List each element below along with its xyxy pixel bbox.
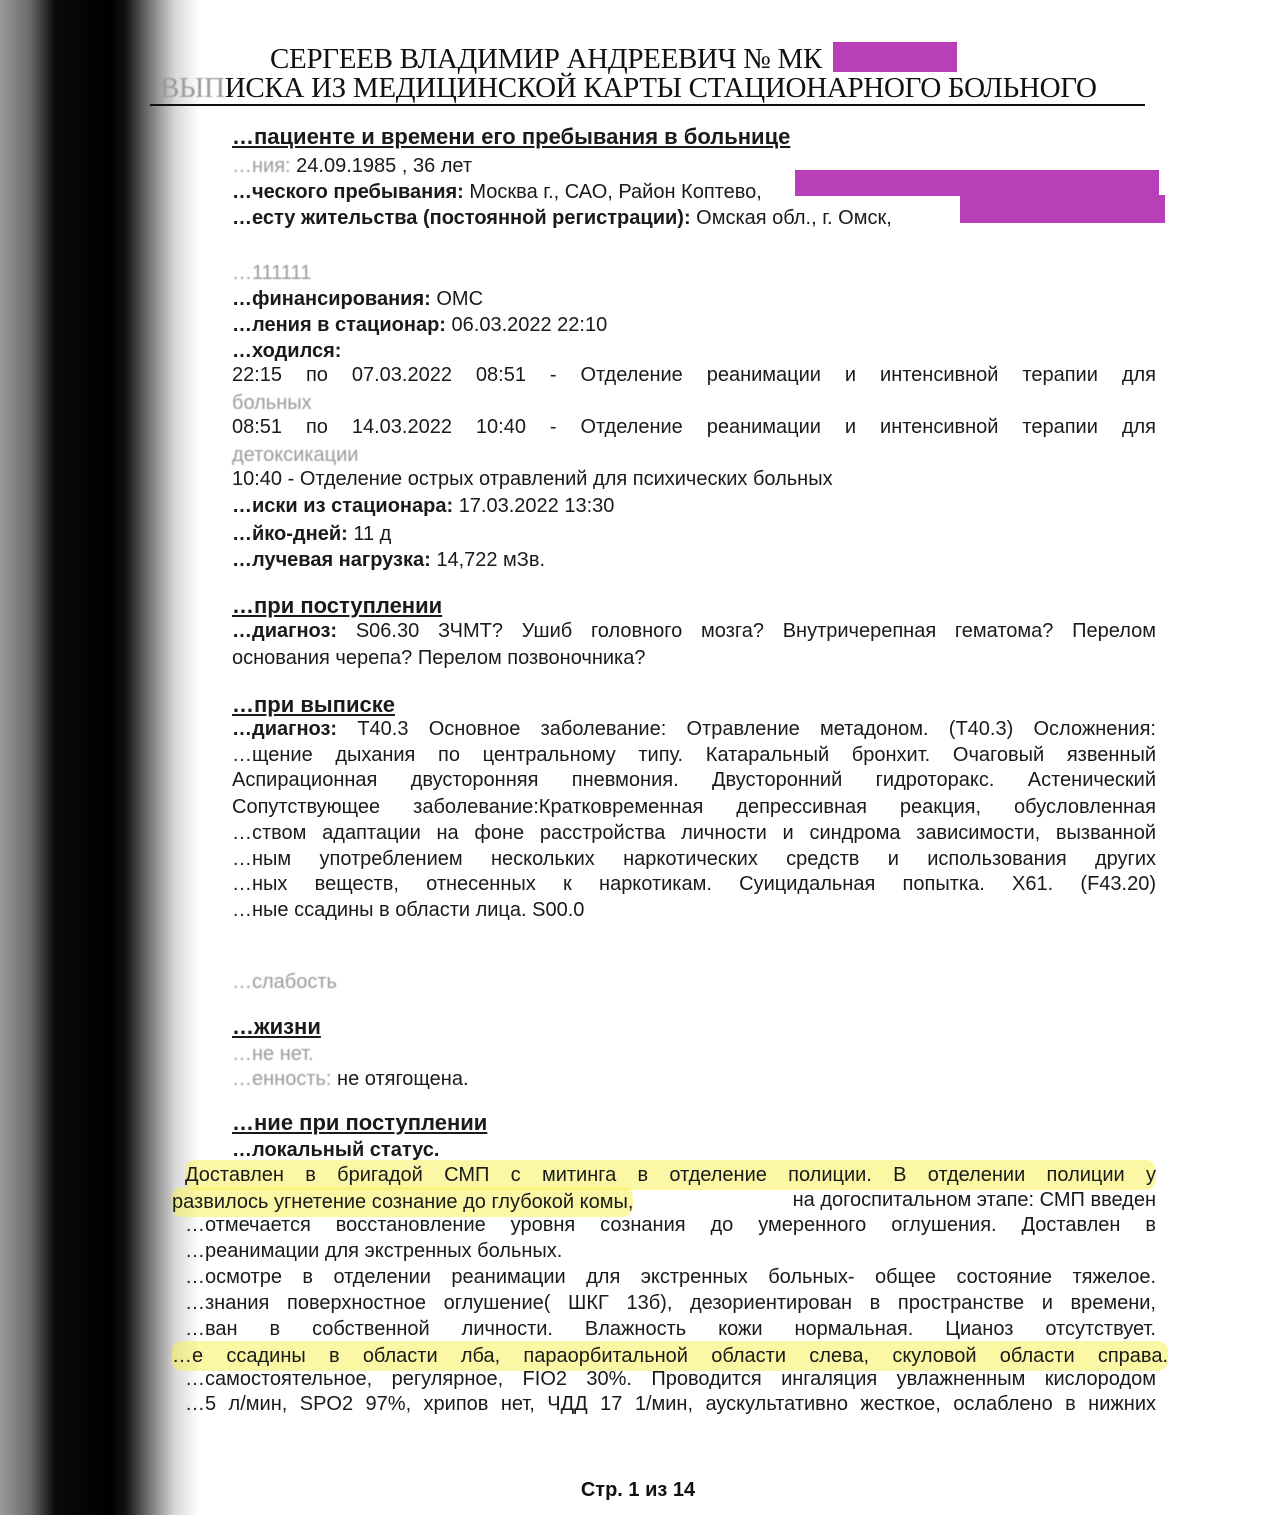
- stayed-label: …ходился:: [232, 338, 1238, 364]
- discharge-value: 17.03.2022 13:30: [459, 495, 615, 517]
- heredity-label: …енность:: [232, 1068, 331, 1090]
- stay-2-line-2: детоксикации: [232, 442, 1238, 468]
- section-heading-anamnesis: …жизни: [232, 1014, 1238, 1040]
- section-heading-diagnosis-admission: …при поступлении: [232, 593, 1238, 619]
- stay-2-line-1: 08:51 по 14.03.2022 10:40 - Отделение ре…: [232, 414, 1156, 440]
- bed-days-row: …йко-дней: 11 д: [232, 521, 1238, 547]
- title-faded-prefix: ВЫП: [160, 72, 225, 104]
- diagnosis-discharge-line-3: Аспирационная двусторонняя пневмония. Дв…: [232, 767, 1156, 793]
- diagnosis-discharge-line-5: …ством адаптации на фоне расстройства ли…: [232, 820, 1156, 846]
- residence-value: Омская обл., г. Омск,: [696, 207, 892, 229]
- actual-stay-value: Москва г., САО, Район Коптево,: [469, 181, 761, 203]
- redacted-address-2: [960, 195, 1165, 223]
- financing-label: …финансирования:: [232, 288, 431, 310]
- diagnosis-discharge-line-8: …ные ссадины в области лица. S00.0: [232, 897, 1238, 923]
- title-text: ИСКА ИЗ МЕДИЦИНСКОЙ КАРТЫ СТАЦИОНАРНОГО …: [225, 72, 1097, 104]
- document-page: СЕРГЕЕВ ВЛАДИМИР АНДРЕЕВИЧ № МК ВЫПИСКА …: [0, 0, 1276, 1515]
- diagnosis-discharge-line-4: Сопутствующее заболевание:Кратковременна…: [232, 794, 1156, 820]
- diagnosis-discharge-line-1: …диагноз: T40.3 Основное заболевание: От…: [232, 716, 1156, 742]
- admission-value: 06.03.2022 22:10: [452, 314, 608, 336]
- complaints-text: …слабость: [232, 969, 1238, 995]
- anamnesis-line-1: …не нет.: [232, 1041, 1238, 1067]
- section-heading-diagnosis-discharge: …при выписке: [232, 692, 1238, 718]
- actual-stay-label: …ческого пребывания:: [232, 181, 464, 203]
- diagnosis-admission-text-1: S06.30 ЗЧМТ? Ушиб головного мозга? Внутр…: [356, 620, 1156, 642]
- header-divider: [150, 104, 1145, 106]
- diagnosis-admission-line-1: …диагноз: S06.30 ЗЧМТ? Ушиб головного мо…: [232, 618, 1156, 644]
- anamnesis-line-2: …енность: не отягощена.: [232, 1066, 1238, 1092]
- redacted-card-number: [833, 42, 957, 72]
- admission-row: …ления в стационар: 06.03.2022 22:10: [232, 312, 1238, 338]
- diagnosis-discharge-line-6: …ным употреблением нескольких наркотичес…: [232, 846, 1156, 872]
- diagnosis-discharge-line-2: …щение дыхания по центральному типу. Кат…: [232, 742, 1156, 768]
- discharge-row: …иски из стационара: 17.03.2022 13:30: [232, 493, 1238, 519]
- patient-name: СЕРГЕЕВ ВЛАДИМИР АНДРЕЕВИЧ № МК: [270, 43, 822, 75]
- page-number: Стр. 1 из 14: [0, 1479, 1276, 1502]
- admission-label: …ления в стационар:: [232, 314, 446, 336]
- stay-3-line-1: 10:40 - Отделение острых отравлений для …: [232, 466, 1238, 492]
- radiation-value: 14,722 мЗв.: [436, 549, 545, 571]
- financing-value: ОМС: [436, 288, 483, 310]
- status-p2-line-2: …знания поверхностное оглушение( ШКГ 13б…: [185, 1290, 1156, 1316]
- diagnosis-admission-line-2: основания черепа? Перелом позвоночника?: [232, 645, 1238, 671]
- birth-value: 24.09.1985 , 36 лет: [296, 155, 472, 177]
- stay-1-line-1: 22:15 по 07.03.2022 08:51 - Отделение ре…: [232, 362, 1156, 388]
- diagnosis-discharge-text-1: T40.3 Основное заболевание: Отравление м…: [357, 718, 1156, 740]
- section-heading-status-admission: …ние при поступлении: [232, 1110, 1238, 1136]
- patient-name-header: СЕРГЕЕВ ВЛАДИМИР АНДРЕЕВИЧ № МК: [270, 42, 957, 76]
- diagnosis-admission-label: …диагноз:: [232, 620, 337, 642]
- status-p1-line-4: …реанимации для экстренных больных.: [185, 1238, 1191, 1264]
- status-p2-line-3: …ван в собственной личности. Влажность к…: [185, 1316, 1156, 1342]
- discharge-label: …иски из стационара:: [232, 495, 453, 517]
- section-heading-patient-info: …пациенте и времени его пребывания в бол…: [232, 124, 1238, 150]
- diagnosis-discharge-line-7: …ных веществ, отнесенных к наркотикам. С…: [232, 871, 1156, 897]
- financing-row: …финансирования: ОМС: [232, 286, 1238, 312]
- residence-label: …есту жительства (постоянной регистрации…: [232, 207, 691, 229]
- diagnosis-discharge-label: …диагноз:: [232, 718, 337, 740]
- status-p2-line-6: …5 л/мин, SPO2 97%, хрипов нет, ЧДД 17 1…: [185, 1391, 1156, 1417]
- document-title: ВЫПИСКА ИЗ МЕДИЦИНСКОЙ КАРТЫ СТАЦИОНАРНО…: [160, 72, 1097, 105]
- stay-1-line-2: больных: [232, 390, 1238, 416]
- status-p2-line-5: …самостоятельное, регулярное, FIO2 30%. …: [185, 1366, 1156, 1392]
- status-p1-line-3: …отмечается восстановление уровня сознан…: [185, 1212, 1156, 1238]
- redacted-address-1: [795, 170, 1159, 196]
- radiation-row: …лучевая нагрузка: 14,722 мЗв.: [232, 547, 1238, 573]
- status-p2-line-1: …осмотре в отделении реанимации для экст…: [185, 1264, 1156, 1290]
- heredity-value: не отягощена.: [337, 1068, 468, 1090]
- radiation-label: …лучевая нагрузка:: [232, 549, 431, 571]
- id-number: …111111: [232, 260, 1238, 286]
- bed-days-label: …йко-дней:: [232, 523, 348, 545]
- status-p1-line-1-highlighted: Доставлен в бригадой СМП с митинга в отд…: [185, 1160, 1156, 1190]
- bed-days-value: 11 д: [353, 523, 391, 545]
- birth-label: …ния:: [232, 155, 291, 177]
